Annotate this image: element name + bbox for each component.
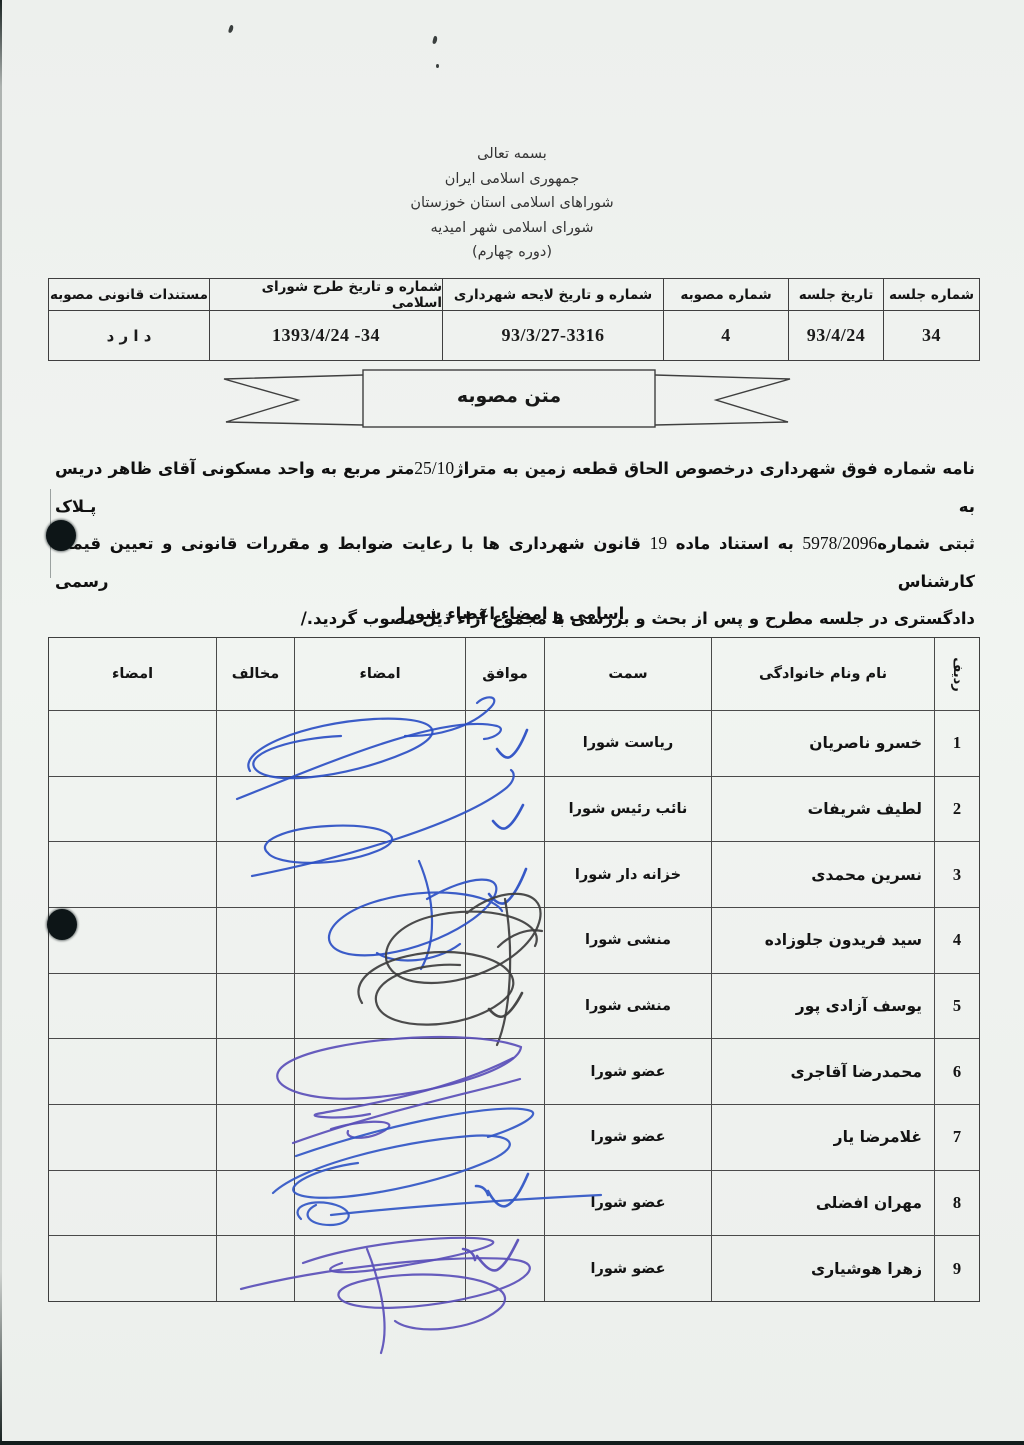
row8-rank: 8 xyxy=(934,1171,979,1236)
row1-name: خسرو ناصریان xyxy=(711,711,934,776)
row5-signature-cell xyxy=(294,974,465,1039)
meta-header-session-no: شماره جلسه xyxy=(883,279,979,310)
table-row: 7 غلامرضا یار عضو شورا xyxy=(49,1104,979,1170)
row5-role: منشی شورا xyxy=(544,974,711,1039)
row1-signature2-cell xyxy=(49,711,216,776)
members-section-title: اسامی و امضاء اعضاء شورا xyxy=(0,604,1024,623)
resolution-line2-article-number: 19 xyxy=(650,533,668,553)
row6-role: عضو شورا xyxy=(544,1039,711,1104)
members-header-role: سمت xyxy=(544,638,711,710)
row6-name: محمدرضا آقاجری xyxy=(711,1039,934,1104)
table-row: 8 مهران افضلی عضو شورا xyxy=(49,1170,979,1236)
row9-rank: 9 xyxy=(934,1236,979,1301)
row9-signature2-cell xyxy=(49,1236,216,1301)
row3-name: نسرین محمدی xyxy=(711,842,934,907)
scan-speck xyxy=(432,36,438,45)
meta-value-session-date: 93/4/24 xyxy=(788,311,883,360)
row5-oppose-cell xyxy=(216,974,294,1039)
row3-oppose-cell xyxy=(216,842,294,907)
meta-value-resolution-no: 4 xyxy=(663,311,788,360)
letterhead-line-city-council: شورای اسلامی شهر امیدیه xyxy=(0,216,1024,241)
row8-agree-cell xyxy=(465,1171,544,1236)
ribbon-right-tail xyxy=(655,375,790,425)
row7-signature-cell xyxy=(294,1105,465,1170)
row9-role: عضو شورا xyxy=(544,1236,711,1301)
members-header-signature: امضاء xyxy=(294,638,465,710)
row5-signature2-cell xyxy=(49,974,216,1039)
hole-punch-bottom xyxy=(47,909,77,940)
meta-header-row: شماره جلسه تاریخ جلسه شماره مصوبه شماره … xyxy=(49,279,979,310)
row1-role: ریاست شورا xyxy=(544,711,711,776)
members-table: ردیف نام ونام خانوادگی سمت موافق امضاء م… xyxy=(48,637,980,1302)
row2-name: لطیف شریفات xyxy=(711,777,934,842)
row3-role: خزانه دار شورا xyxy=(544,842,711,907)
row4-agree-cell xyxy=(465,908,544,973)
row5-rank: 5 xyxy=(934,974,979,1039)
row1-oppose-cell xyxy=(216,711,294,776)
row5-name: یوسف آزادی پور xyxy=(711,974,934,1039)
meta-value-plan-no-date: 1393/4/24 -34 xyxy=(209,311,442,360)
letterhead: بسمه تعالی جمهوری اسلامی ایران شوراهای ا… xyxy=(0,142,1024,265)
letterhead-line-republic: جمهوری اسلامی ایران xyxy=(0,167,1024,192)
row3-signature-cell xyxy=(294,842,465,907)
resolution-line2-text-a: ثبتی شماره xyxy=(877,534,975,553)
row7-oppose-cell xyxy=(216,1105,294,1170)
meta-value-legal-docs: د ا ر د xyxy=(49,311,209,360)
hole-punch-top xyxy=(46,520,76,551)
row2-role: نائب رئیس شورا xyxy=(544,777,711,842)
meta-header-plan-no-date: شماره و تاریخ طرح شورای اسلامی xyxy=(209,279,442,310)
letterhead-line-province-councils: شوراهای اسلامی استان خوزستان xyxy=(0,191,1024,216)
resolution-line2-registry-number: 5978/2096 xyxy=(802,533,877,553)
members-header-agree: موافق xyxy=(465,638,544,710)
row6-signature-cell xyxy=(294,1039,465,1104)
row1-agree-cell xyxy=(465,711,544,776)
meta-header-bill-no-date: شماره و تاریخ لایحه شهرداری xyxy=(442,279,663,310)
row9-oppose-cell xyxy=(216,1236,294,1301)
row7-name: غلامرضا یار xyxy=(711,1105,934,1170)
meta-value-bill-no-date: 93/3/27-3316 xyxy=(442,311,663,360)
row7-signature2-cell xyxy=(49,1105,216,1170)
row4-signature-cell xyxy=(294,908,465,973)
row4-name: سید فریدون جلوزاده xyxy=(711,908,934,973)
resolution-line2-text-b: به استناد ماده xyxy=(667,534,802,553)
row8-name: مهران افضلی xyxy=(711,1171,934,1236)
table-row: 1 خسرو ناصریان ریاست شورا xyxy=(49,710,979,776)
members-header-name: نام ونام خانوادگی xyxy=(711,638,934,710)
row2-signature-cell xyxy=(294,777,465,842)
row5-agree-cell xyxy=(465,974,544,1039)
row6-agree-cell xyxy=(465,1039,544,1104)
row4-role: منشی شورا xyxy=(544,908,711,973)
meta-header-legal-docs: مستندات قانونی مصوبه xyxy=(49,279,209,310)
row9-agree-cell xyxy=(465,1236,544,1301)
row1-rank: 1 xyxy=(934,711,979,776)
row2-agree-cell xyxy=(465,777,544,842)
resolution-line-1: نامه شماره فوق شهرداری درخصوص الحاق قطعه… xyxy=(55,450,975,525)
table-row: 3 نسرین محمدی خزانه دار شورا xyxy=(49,841,979,907)
page-left-edge xyxy=(0,0,2,1445)
table-row: 6 محمدرضا آقاجری عضو شورا xyxy=(49,1038,979,1104)
row7-rank: 7 xyxy=(934,1105,979,1170)
row6-rank: 6 xyxy=(934,1039,979,1104)
row2-signature2-cell xyxy=(49,777,216,842)
members-header-rank: ردیف xyxy=(934,638,979,710)
table-row: 2 لطیف شریفات نائب رئیس شورا xyxy=(49,776,979,842)
meta-header-resolution-no: شماره مصوبه xyxy=(663,279,788,310)
page-bottom-edge xyxy=(0,1441,1024,1445)
resolution-line-2: ثبتی شماره5978/2096 به استناد ماده 19 قا… xyxy=(55,525,975,600)
row2-oppose-cell xyxy=(216,777,294,842)
letterhead-line-term: (دوره چهارم) xyxy=(0,240,1024,265)
row8-oppose-cell xyxy=(216,1171,294,1236)
scan-speck xyxy=(228,25,234,34)
scan-speck xyxy=(436,64,439,68)
table-row: 9 زهرا هوشیاری عضو شورا xyxy=(49,1235,979,1301)
row2-rank: 2 xyxy=(934,777,979,842)
members-header-oppose: مخالف xyxy=(216,638,294,710)
row7-agree-cell xyxy=(465,1105,544,1170)
table-row: 5 یوسف آزادی پور منشی شورا xyxy=(49,973,979,1039)
row8-signature-cell xyxy=(294,1171,465,1236)
row8-signature2-cell xyxy=(49,1171,216,1236)
row1-signature-cell xyxy=(294,711,465,776)
row3-rank: 3 xyxy=(934,842,979,907)
row3-agree-cell xyxy=(465,842,544,907)
ribbon-left-tail xyxy=(224,375,363,425)
row9-signature-cell xyxy=(294,1236,465,1301)
row9-name: زهرا هوشیاری xyxy=(711,1236,934,1301)
meta-header-session-date: تاریخ جلسه xyxy=(788,279,883,310)
row6-signature2-cell xyxy=(49,1039,216,1104)
banner-title: متن مصوبه xyxy=(363,385,655,407)
table-row: 4 سید فریدون جلوزاده منشی شورا xyxy=(49,907,979,973)
session-meta-table: شماره جلسه تاریخ جلسه شماره مصوبه شماره … xyxy=(48,278,980,361)
meta-value-session-no: 34 xyxy=(883,311,979,360)
row6-oppose-cell xyxy=(216,1039,294,1104)
resolution-line1-text-a: نامه شماره فوق شهرداری درخصوص الحاق قطعه… xyxy=(454,459,975,478)
members-header-signature-2: امضاء xyxy=(49,638,216,710)
row4-rank: 4 xyxy=(934,908,979,973)
row3-signature2-cell xyxy=(49,842,216,907)
letterhead-line-bismillah: بسمه تعالی xyxy=(0,142,1024,167)
meta-value-row: 34 93/4/24 4 93/3/27-3316 1393/4/24 -34 … xyxy=(49,310,979,360)
row4-oppose-cell xyxy=(216,908,294,973)
row7-role: عضو شورا xyxy=(544,1105,711,1170)
row8-role: عضو شورا xyxy=(544,1171,711,1236)
members-header-row: ردیف نام ونام خانوادگی سمت موافق امضاء م… xyxy=(49,638,979,710)
resolution-line1-area-number: 25/10 xyxy=(414,458,454,478)
